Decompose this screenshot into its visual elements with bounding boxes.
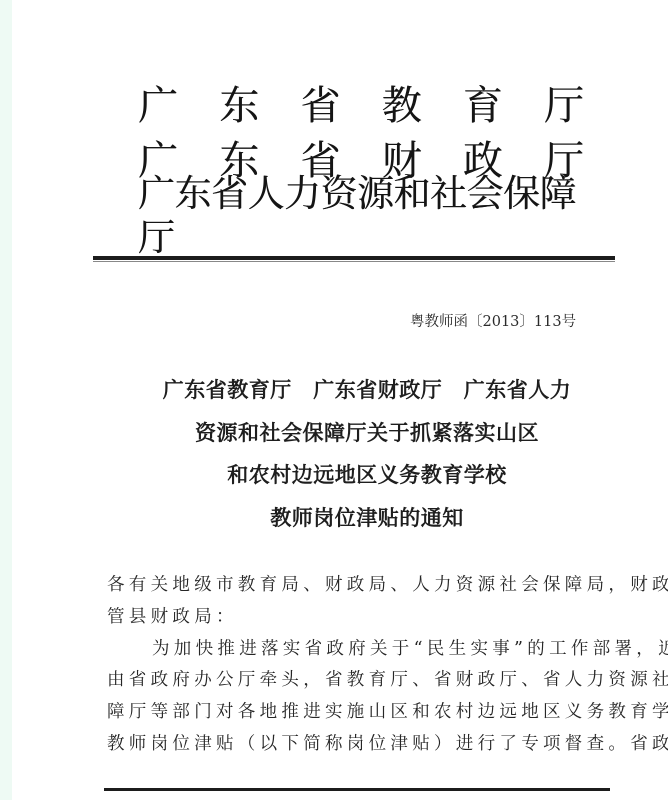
issuer-char: 东 bbox=[219, 84, 259, 128]
issuer-education-department: 广 东 省 教 育 厅 bbox=[138, 84, 584, 128]
title-line: 教师岗位津贴的通知 bbox=[107, 502, 627, 545]
issuer-text: 广东省人力资源和社会保障厅 bbox=[138, 172, 584, 260]
header-divider-rule bbox=[93, 256, 615, 260]
title-line: 和农村边远地区义务教育学校 bbox=[107, 459, 627, 502]
title-line: 资源和社会保障厅关于抓紧落实山区 bbox=[107, 417, 627, 460]
paragraph-line: 教师岗位津贴（以下简称岗位津贴）进行了专项督查。省政府办 bbox=[107, 730, 597, 762]
issuer-char: 广 bbox=[138, 84, 178, 128]
paragraph-line: 由省政府办公厅牵头，省教育厅、省财政厅、省人力资源社会保 bbox=[107, 666, 597, 698]
issuer-char: 育 bbox=[463, 84, 503, 128]
issuer-char: 厅 bbox=[544, 84, 584, 128]
issuer-char: 省 bbox=[300, 84, 340, 128]
salutation-line: 管县财政局： bbox=[107, 603, 597, 635]
issuer-hr-social-security-department: 广东省人力资源和社会保障厅 bbox=[138, 194, 584, 238]
document-number: 粤教师函〔2013〕113号 bbox=[410, 312, 600, 332]
title-line: 广东省教育厅 广东省财政厅 广东省人力 bbox=[107, 374, 627, 417]
paragraph-line: 障厅等部门对各地推进实施山区和农村边远地区义务教育学校 bbox=[107, 698, 597, 730]
salutation-line: 各有关地级市教育局、财政局、人力资源社会保障局，财政省直 bbox=[107, 571, 597, 603]
paragraph-line: 为加快推进落实省政府关于“民生实事”的工作部署，近期， bbox=[107, 635, 597, 667]
document-page: 广 东 省 教 育 厅 广 东 省 财 政 厅 广东省人力资源和社会保障厅 粤教… bbox=[12, 0, 668, 800]
document-body: 各有关地级市教育局、财政局、人力资源社会保障局，财政省直 管县财政局： 为加快推… bbox=[107, 571, 597, 762]
document-title: 广东省教育厅 广东省财政厅 广东省人力 资源和社会保障厅关于抓紧落实山区 和农村… bbox=[107, 374, 627, 544]
issuer-char: 教 bbox=[382, 84, 422, 128]
header-divider-shadow bbox=[93, 261, 615, 262]
left-margin-strip bbox=[0, 0, 12, 800]
footer-divider-rule bbox=[104, 788, 610, 791]
